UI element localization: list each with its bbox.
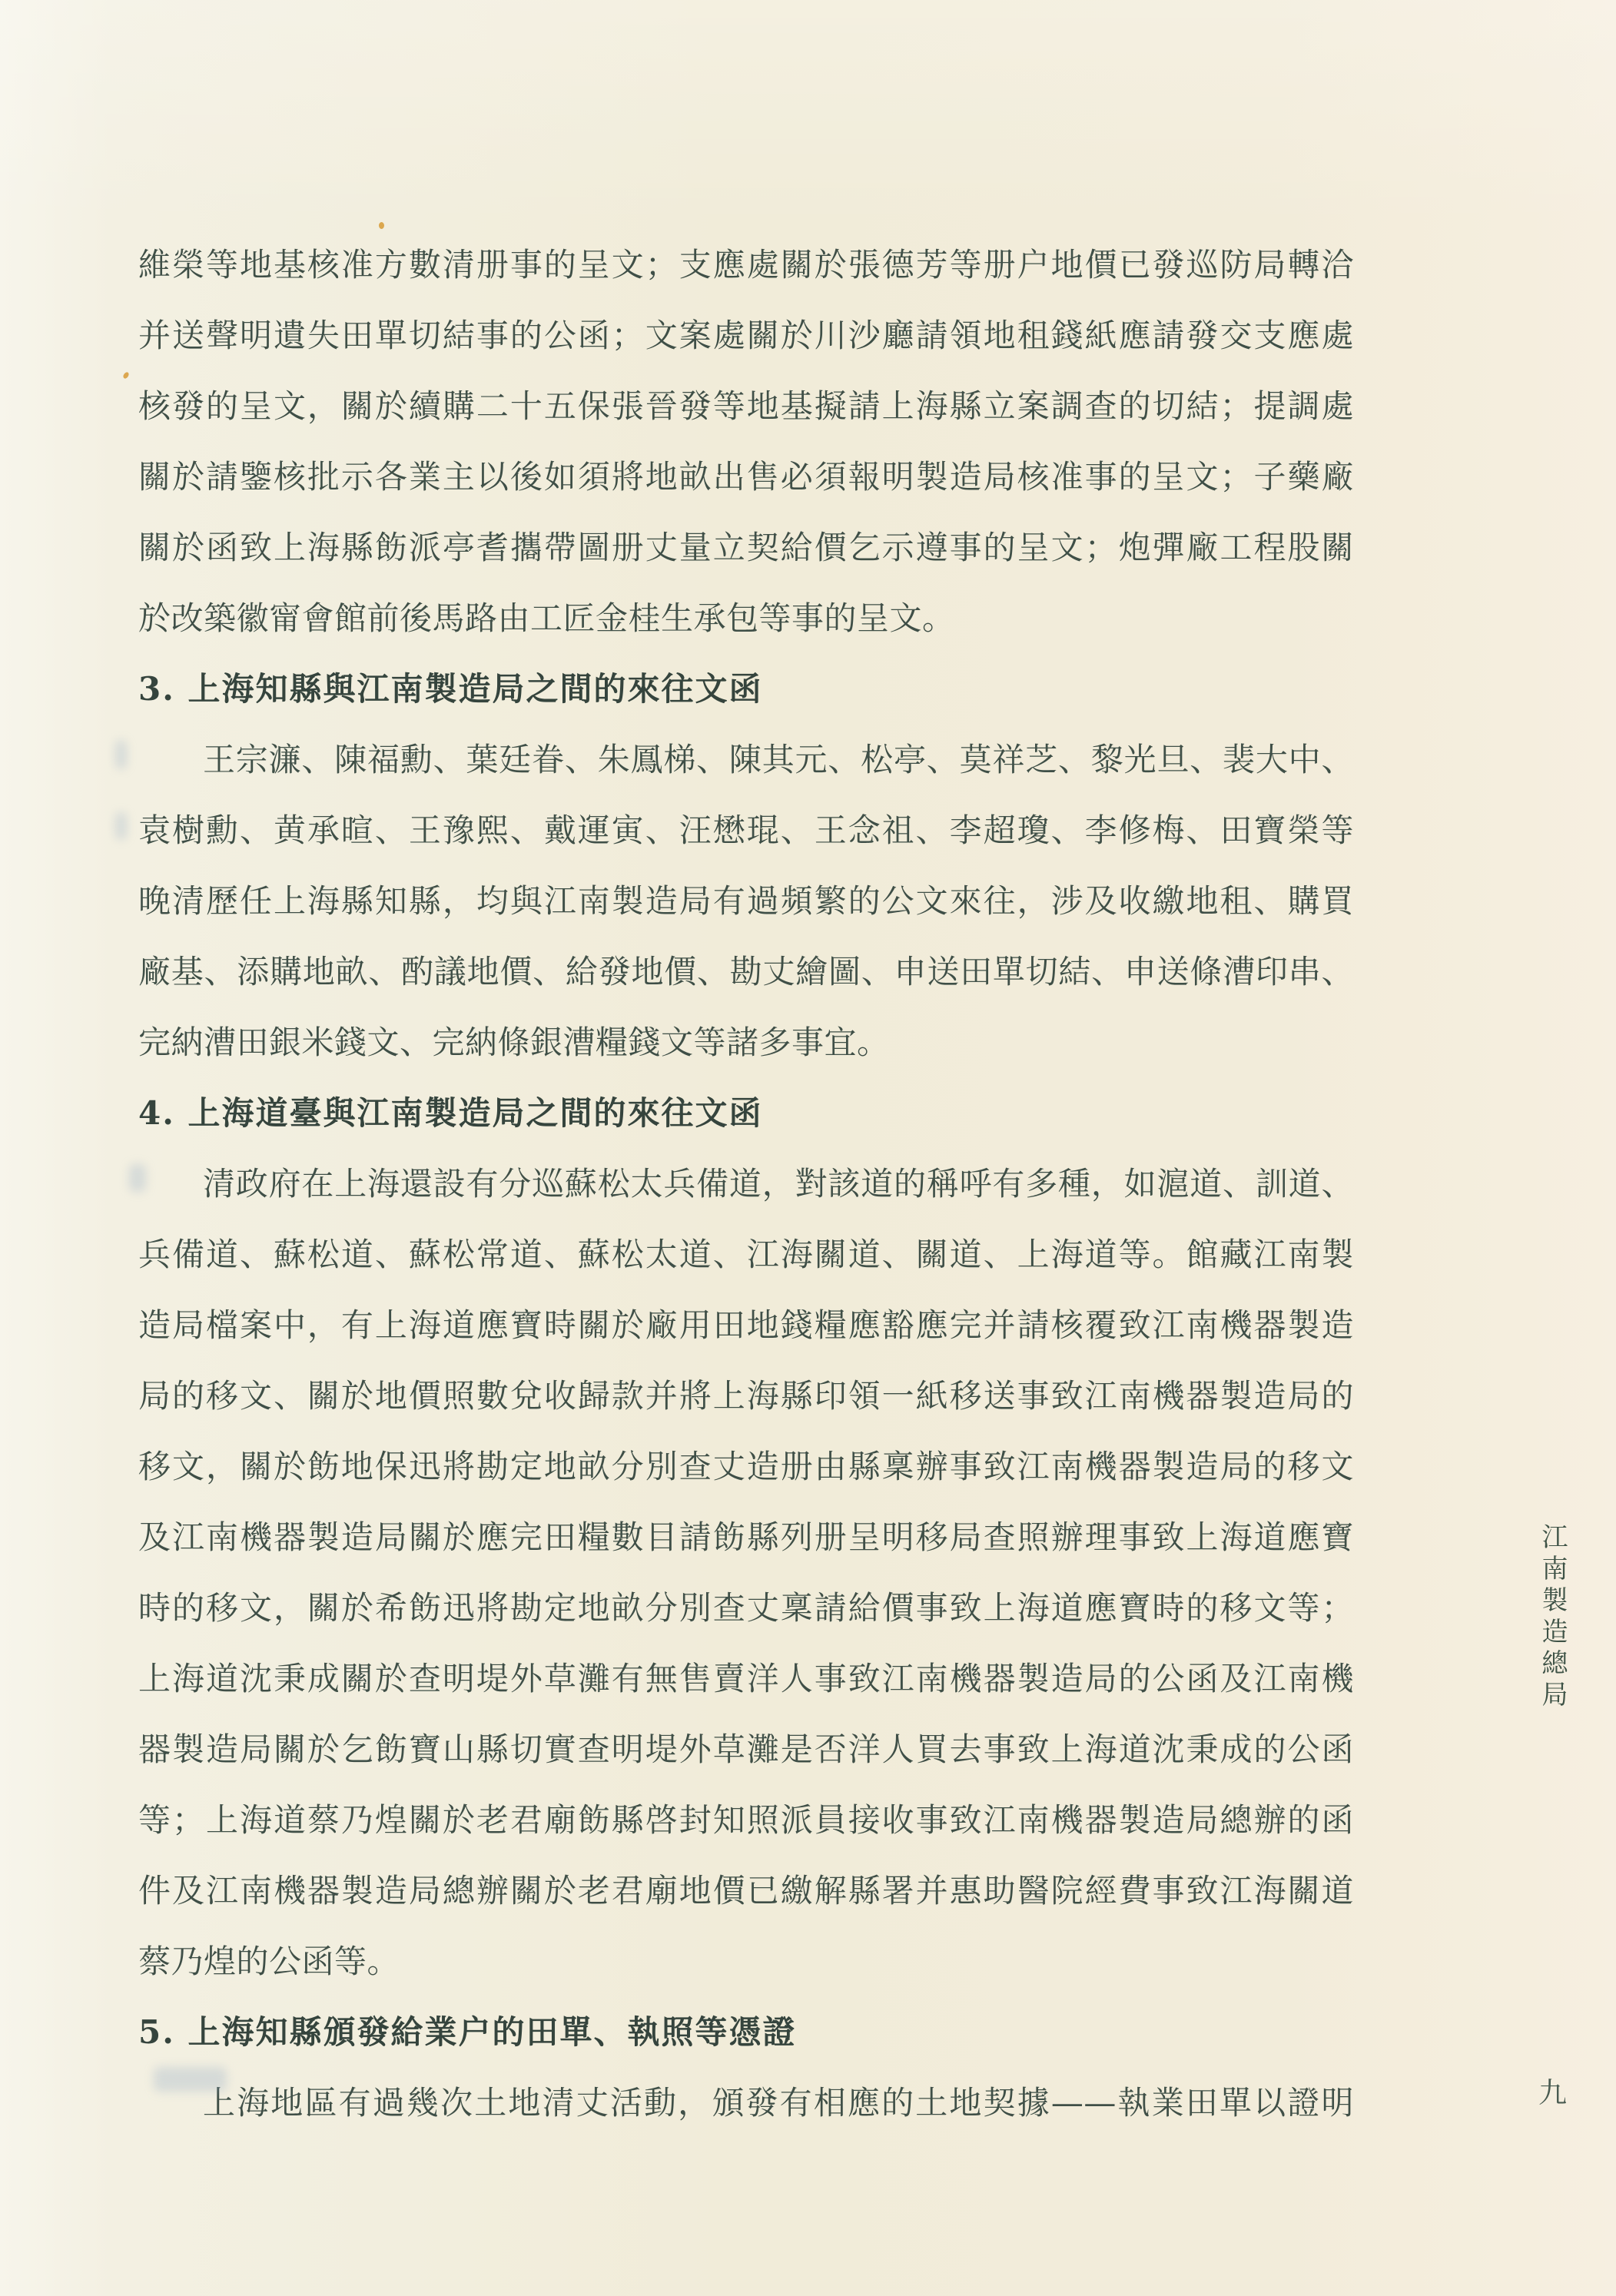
- text-line: 上海地區有過幾次土地清丈活動，頒發有相應的土地契據——執業田單以證明: [138, 2068, 1354, 2138]
- text-line: 蔡乃煌的公函等。: [138, 1926, 1354, 1997]
- text-line: 造局檔案中，有上海道應寶時關於廠用田地錢糧應豁應完并請核覆致江南機器製造: [138, 1290, 1354, 1361]
- text-line: 維榮等地基核准方數清册事的呈文；支應處關於張德芳等册户地價已發巡防局轉洽: [138, 230, 1354, 300]
- paper-speck: [379, 222, 384, 229]
- text-line: 上海道沈秉成關於查明堤外草灘有無售賣洋人事致江南機器製造局的公函及江南機: [138, 1644, 1354, 1714]
- text-line: 於改築徽甯會館前後馬路由工匠金桂生承包等事的呈文。: [138, 583, 1354, 654]
- text-line: 時的移文，關於希飭迅將勘定地畝分別查丈稟請給價事致上海道應寶時的移文等；: [138, 1573, 1354, 1644]
- text-line: 袁樹勳、黄承暄、王豫熙、戴運寅、汪懋琨、王念祖、李超瓊、李修梅、田寶榮等: [138, 795, 1354, 866]
- ink-bleed-ghost: [129, 1164, 146, 1192]
- text-line: 兵備道、蘇松道、蘇松常道、蘇松太道、江海關道、關道、上海道等。館藏江南製: [138, 1219, 1354, 1290]
- section-heading-3: 3. 上海知縣與江南製造局之間的來往文函: [138, 654, 1354, 725]
- text-line: 并送聲明遺失田單切結事的公函；文案處關於川沙廳請領地租錢紙應請發交支應處: [138, 300, 1354, 371]
- text-line: 器製造局關於乞飭寶山縣切實查明堤外草灘是否洋人買去事致上海道沈秉成的公函: [138, 1714, 1354, 1785]
- scanned-book-page: 維榮等地基核准方數清册事的呈文；支應處關於張德芳等册户地價已發巡防局轉洽 并送聲…: [0, 0, 1616, 2296]
- ink-bleed-ghost: [154, 2067, 227, 2092]
- text-line: 王宗濂、陳福勳、葉廷眷、朱鳳梯、陳其元、松亭、莫祥芝、黎光旦、裴大中、: [138, 725, 1354, 795]
- text-line: 件及江南機器製造局總辦關於老君廟地價已繳解縣署并惠助醫院經費事致江海關道: [138, 1856, 1354, 1926]
- page-number: 九: [1538, 2070, 1567, 2116]
- section-heading-5: 5. 上海知縣頒發給業户的田單、執照等憑證: [138, 1997, 1354, 2068]
- text-line: 核發的呈文，關於續購二十五保張晉發等地基擬請上海縣立案調查的切結；提調處: [138, 371, 1354, 442]
- paper-speck: [122, 371, 130, 380]
- margin-title-vertical: 江南製造總局: [1534, 1523, 1571, 1712]
- text-line: 清政府在上海還設有分巡蘇松太兵備道，對該道的稱呼有多種，如滬道、訓道、: [138, 1149, 1354, 1219]
- text-line: 完納漕田銀米錢文、完納條銀漕糧錢文等諸多事宜。: [138, 1007, 1354, 1078]
- ink-bleed-ghost: [115, 740, 127, 769]
- text-column: 維榮等地基核准方數清册事的呈文；支應處關於張德芳等册户地價已發巡防局轉洽 并送聲…: [138, 230, 1354, 2138]
- text-line: 關於函致上海縣飭派亭耆攜帶圖册丈量立契給價乞示遵事的呈文；炮彈廠工程股關: [138, 513, 1354, 583]
- text-line: 等；上海道蔡乃煌關於老君廟飭縣啓封知照派員接收事致江南機器製造局總辦的函: [138, 1785, 1354, 1856]
- text-line: 晚清歷任上海縣知縣，均與江南製造局有過頻繁的公文來往，涉及收繳地租、購買: [138, 866, 1354, 937]
- text-line: 關於請鑒核批示各業主以後如須將地畝出售必須報明製造局核准事的呈文；子藥廠: [138, 442, 1354, 513]
- text-line: 廠基、添購地畝、酌議地價、給發地價、勘丈繪圖、申送田單切結、申送條漕印串、: [138, 937, 1354, 1007]
- text-line: 移文，關於飭地保迅將勘定地畝分別查丈造册由縣稟辦事致江南機器製造局的移文: [138, 1432, 1354, 1502]
- ink-bleed-ghost: [115, 812, 127, 840]
- text-line: 局的移文、關於地價照數兌收歸款并將上海縣印領一紙移送事致江南機器製造局的: [138, 1361, 1354, 1432]
- section-heading-4: 4. 上海道臺與江南製造局之間的來往文函: [138, 1078, 1354, 1149]
- text-line: 及江南機器製造局關於應完田糧數目請飭縣列册呈明移局查照辦理事致上海道應寶: [138, 1502, 1354, 1573]
